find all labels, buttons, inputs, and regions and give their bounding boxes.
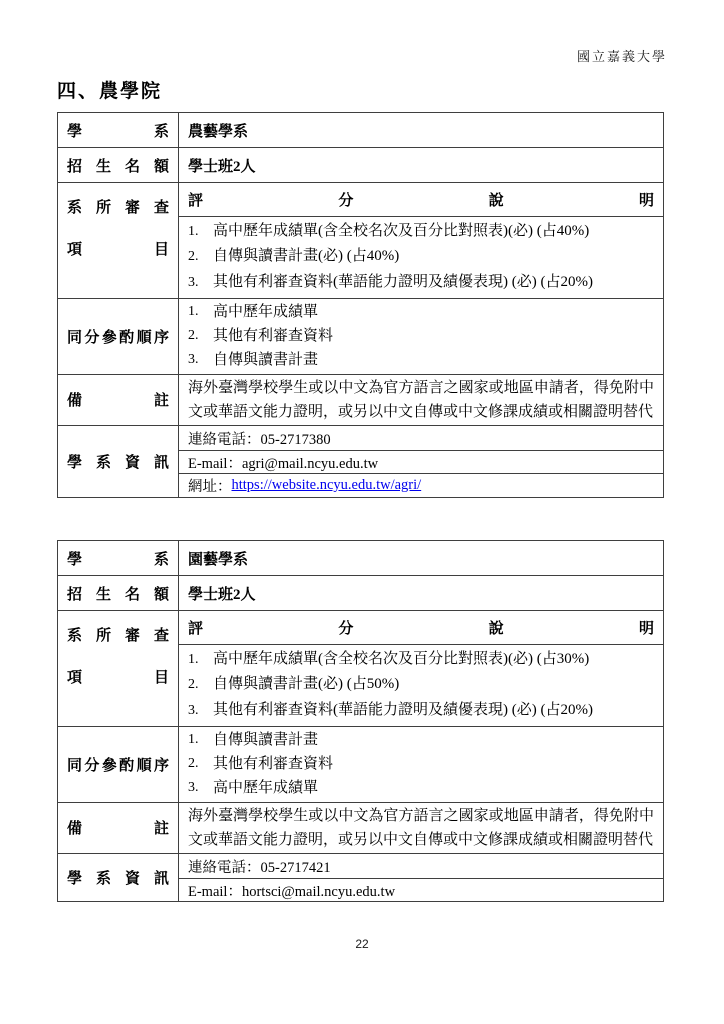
label-review-line1: 系所審查 <box>67 196 169 217</box>
list-item: 2. 其他有利審查資料 <box>188 324 654 348</box>
item-number: 1. <box>188 300 213 324</box>
item-text: 高中歷年成績單 <box>213 300 654 324</box>
label-note-cell: 備註 <box>58 803 179 854</box>
item-number: 1. <box>188 728 213 752</box>
table-row-department: 學系 農藝學系 <box>58 113 663 147</box>
label-review-line1: 系所審查 <box>67 624 169 645</box>
label-department-cell: 學系 <box>58 541 179 575</box>
list-item: 2. 自傳與讀書計畫(必) (占40%) <box>188 244 654 269</box>
list-item: 3. 其他有利審查資料(華語能力證明及績優表現) (必) (占20%) <box>188 270 654 295</box>
item-number: 1. <box>188 219 213 244</box>
website-link[interactable]: https://website.ncyu.edu.tw/agri/ <box>232 477 422 494</box>
note-text: 海外臺灣學校學生或以中文為官方語言之國家或地區申請者，得免附中文或華語文能力證明… <box>179 803 663 854</box>
contact-cell: 連絡電話：05-2717380 E-mail：agri@mail.ncyu.ed… <box>179 426 663 497</box>
table-row-quota: 招生名額 學士班2人 <box>58 147 663 182</box>
contact-email: E-mail：hortsci@mail.ncyu.edu.tw <box>179 878 663 902</box>
review-content-cell: 評分說明 1. 高中歷年成績單(含全校名次及百分比對照表)(必) (占30%) … <box>179 611 663 726</box>
item-number: 3. <box>188 698 213 723</box>
table-row-contact: 學系資訊 連絡電話：05-2717380 E-mail：agri@mail.nc… <box>58 425 663 497</box>
item-text: 其他有利審查資料 <box>213 752 654 776</box>
contact-phone: 連絡電話：05-2717380 <box>179 426 663 450</box>
contact-email: E-mail：agri@mail.ncyu.edu.tw <box>179 450 663 474</box>
label-tiebreak-cell: 同分參酌順序 <box>58 299 179 373</box>
note-text: 海外臺灣學校學生或以中文為官方語言之國家或地區申請者，得免附中文或華語文能力證明… <box>179 375 663 426</box>
table-row-quota: 招生名額 學士班2人 <box>58 575 663 610</box>
contact-website: 網址： https://website.ncyu.edu.tw/agri/ <box>179 473 663 497</box>
review-content-cell: 評分說明 1. 高中歷年成績單(含全校名次及百分比對照表)(必) (占40%) … <box>179 183 663 298</box>
item-number: 2. <box>188 672 213 697</box>
item-text: 自傳與讀書計畫 <box>213 348 654 372</box>
list-item: 1. 高中歷年成績單(含全校名次及百分比對照表)(必) (占40%) <box>188 219 654 244</box>
item-text: 自傳與讀書計畫(必) (占50%) <box>213 672 654 697</box>
quota-value: 學士班2人 <box>179 576 663 610</box>
list-item: 1. 高中歷年成績單 <box>188 300 654 324</box>
department-table-horticulture: 學系 園藝學系 招生名額 學士班2人 系所審查 項目 評分說明 1. <box>57 540 664 902</box>
table-row-contact: 學系資訊 連絡電話：05-2717421 E-mail：hortsci@mail… <box>58 853 663 901</box>
label-note: 備註 <box>67 389 169 410</box>
table-row-department: 學系 園藝學系 <box>58 541 663 575</box>
list-item: 2. 自傳與讀書計畫(必) (占50%) <box>188 672 654 697</box>
department-name: 園藝學系 <box>179 541 663 575</box>
label-review-line2: 項目 <box>67 238 169 259</box>
item-number: 2. <box>188 244 213 269</box>
review-items-list: 1. 高中歷年成績單(含全校名次及百分比對照表)(必) (占30%) 2. 自傳… <box>179 645 663 726</box>
department-name: 農藝學系 <box>179 113 663 147</box>
item-text: 高中歷年成績單(含全校名次及百分比對照表)(必) (占40%) <box>213 219 654 244</box>
label-department: 學系 <box>67 120 169 141</box>
item-text: 其他有利審查資料 <box>213 324 654 348</box>
item-number: 3. <box>188 348 213 372</box>
label-department: 學系 <box>67 548 169 569</box>
table-row-note: 備註 海外臺灣學校學生或以中文為官方語言之國家或地區申請者，得免附中文或華語文能… <box>58 374 663 426</box>
department-table-agronomy: 學系 農藝學系 招生名額 學士班2人 系所審查 項目 評分說明 1. <box>57 112 664 498</box>
item-number: 1. <box>188 647 213 672</box>
label-tiebreak-cell: 同分參酌順序 <box>58 727 179 801</box>
score-header-cell: 評分說明 <box>179 611 663 645</box>
label-review-cell: 系所審查 項目 <box>58 611 179 726</box>
table-row-review: 系所審查 項目 評分說明 1. 高中歷年成績單(含全校名次及百分比對照表)(必)… <box>58 182 663 298</box>
score-header-cell: 評分說明 <box>179 183 663 217</box>
item-number: 2. <box>188 324 213 348</box>
table-row-review: 系所審查 項目 評分說明 1. 高中歷年成績單(含全校名次及百分比對照表)(必)… <box>58 610 663 726</box>
table-row-note: 備註 海外臺灣學校學生或以中文為官方語言之國家或地區申請者，得免附中文或華語文能… <box>58 802 663 854</box>
list-item: 3. 其他有利審查資料(華語能力證明及績優表現) (必) (占20%) <box>188 698 654 723</box>
review-items-list: 1. 高中歷年成績單(含全校名次及百分比對照表)(必) (占40%) 2. 自傳… <box>179 217 663 298</box>
list-item: 2. 其他有利審查資料 <box>188 752 654 776</box>
label-dept-info: 學系資訊 <box>67 867 169 888</box>
document-page: 國立嘉義大學 四、農學院 學系 農藝學系 招生名額 學士班2人 系所審查 項目 … <box>0 0 724 1024</box>
label-review-cell: 系所審查 項目 <box>58 183 179 298</box>
label-quota-cell: 招生名額 <box>58 148 179 182</box>
label-note-cell: 備註 <box>58 375 179 426</box>
contact-phone: 連絡電話：05-2717421 <box>179 854 663 878</box>
quota-value: 學士班2人 <box>179 148 663 182</box>
item-text: 自傳與讀書計畫(必) (占40%) <box>213 244 654 269</box>
university-name: 國立嘉義大學 <box>577 46 667 65</box>
label-dept-info: 學系資訊 <box>67 451 169 472</box>
item-text: 高中歷年成績單 <box>213 776 654 800</box>
label-department-cell: 學系 <box>58 113 179 147</box>
table-row-tiebreak: 同分參酌順序 1. 自傳與讀書計畫 2. 其他有利審查資料 3. 高中歷年成績單 <box>58 726 663 801</box>
label-tiebreak: 同分參酌順序 <box>67 754 169 775</box>
section-heading: 四、農學院 <box>57 76 162 103</box>
item-number: 2. <box>188 752 213 776</box>
table-row-tiebreak: 同分參酌順序 1. 高中歷年成績單 2. 其他有利審查資料 3. 自傳與讀書計畫 <box>58 298 663 373</box>
item-text: 其他有利審查資料(華語能力證明及績優表現) (必) (占20%) <box>213 698 654 723</box>
item-number: 3. <box>188 776 213 800</box>
score-header: 評分說明 <box>188 189 654 210</box>
tiebreak-items-list: 1. 高中歷年成績單 2. 其他有利審查資料 3. 自傳與讀書計畫 <box>179 299 663 373</box>
list-item: 1. 高中歷年成績單(含全校名次及百分比對照表)(必) (占30%) <box>188 647 654 672</box>
list-item: 1. 自傳與讀書計畫 <box>188 728 654 752</box>
label-tiebreak: 同分參酌順序 <box>67 326 169 347</box>
label-quota-cell: 招生名額 <box>58 576 179 610</box>
label-review-line2: 項目 <box>67 666 169 687</box>
label-dept-info-cell: 學系資訊 <box>58 426 179 497</box>
label-quota: 招生名額 <box>67 155 169 176</box>
list-item: 3. 高中歷年成績單 <box>188 776 654 800</box>
item-text: 高中歷年成績單(含全校名次及百分比對照表)(必) (占30%) <box>213 647 654 672</box>
website-label: 網址： <box>188 475 232 496</box>
list-item: 3. 自傳與讀書計畫 <box>188 348 654 372</box>
tiebreak-items-list: 1. 自傳與讀書計畫 2. 其他有利審查資料 3. 高中歷年成績單 <box>179 727 663 801</box>
label-dept-info-cell: 學系資訊 <box>58 854 179 901</box>
item-text: 自傳與讀書計畫 <box>213 728 654 752</box>
score-header: 評分說明 <box>188 617 654 638</box>
label-note: 備註 <box>67 817 169 838</box>
item-text: 其他有利審查資料(華語能力證明及績優表現) (必) (占20%) <box>213 270 654 295</box>
item-number: 3. <box>188 270 213 295</box>
contact-cell: 連絡電話：05-2717421 E-mail：hortsci@mail.ncyu… <box>179 854 663 901</box>
page-number: 22 <box>0 937 724 951</box>
label-quota: 招生名額 <box>67 583 169 604</box>
